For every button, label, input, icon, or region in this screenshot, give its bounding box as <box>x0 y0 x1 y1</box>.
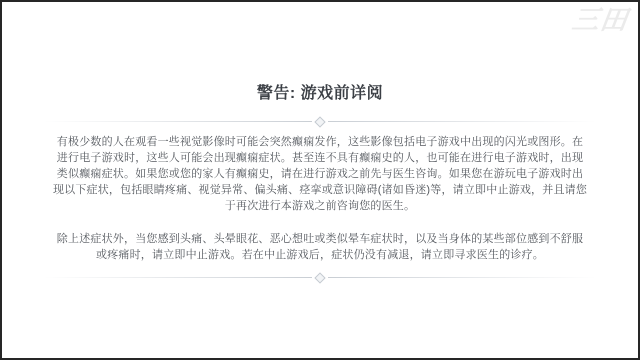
streamer-watermark-logo: 三田 <box>570 6 630 36</box>
divider-bottom <box>44 273 596 282</box>
warning-screen: 三田 警告: 游戏前详阅 有极少数的人在观看一些视觉影像时可能会突然癫痫发作，这… <box>0 0 640 360</box>
divider-line <box>44 121 312 122</box>
divider-line <box>328 121 596 122</box>
divider-line <box>44 277 312 278</box>
warning-paragraph-epilepsy: 有极少数的人在观看一些视觉影像时可能会突然癫痫发作，这些影像包括电子游戏中出现的… <box>52 134 588 214</box>
divider-top <box>44 117 596 126</box>
warning-title: 警告: 游戏前详阅 <box>257 80 383 103</box>
diamond-icon <box>314 272 325 283</box>
warning-paragraph-discomfort: 除上述症状外，当您感到头痛、头晕眼花、恶心想吐或类似晕车症状时，以及当身体的某些… <box>52 231 588 263</box>
diamond-icon <box>314 116 325 127</box>
divider-line <box>328 277 596 278</box>
warning-text-block: 有极少数的人在观看一些视觉影像时可能会突然癫痫发作，这些影像包括电子游戏中出现的… <box>52 134 588 263</box>
warning-content: 警告: 游戏前详阅 有极少数的人在观看一些视觉影像时可能会突然癫痫发作，这些影像… <box>40 80 600 282</box>
